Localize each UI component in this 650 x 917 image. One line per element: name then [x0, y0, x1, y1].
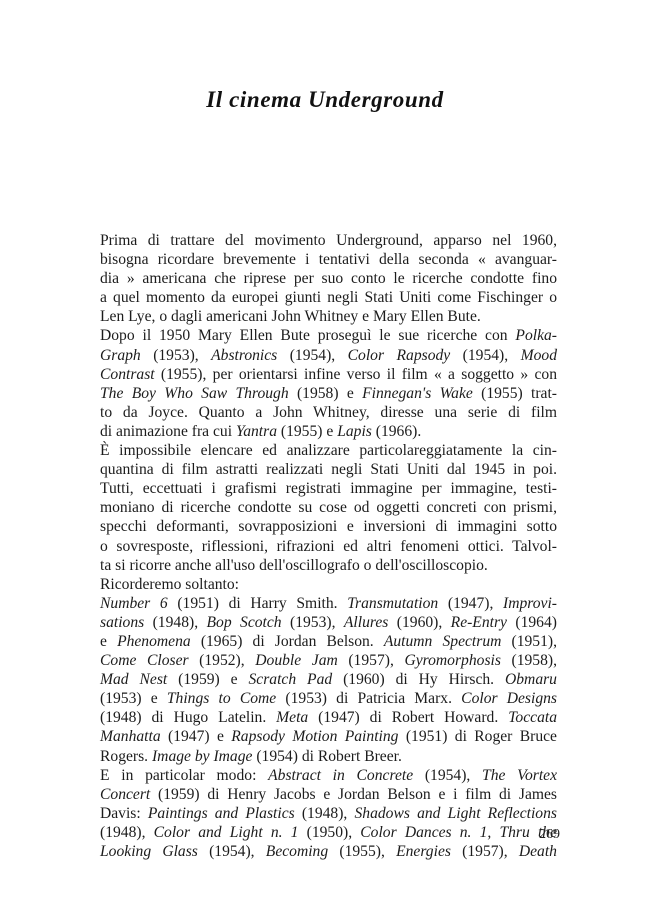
text-line: o sovresposte, riflessioni, rifrazioni e…	[100, 537, 557, 556]
film-title: Energies	[396, 843, 451, 860]
film-title: Mad Nest	[100, 671, 167, 688]
film-title: Transmutation	[347, 595, 438, 612]
text-run: (1954),	[413, 767, 482, 784]
text-line: Len Lye, o dagli americani John Whitney …	[100, 307, 557, 326]
text-run: (1953) e	[100, 690, 167, 707]
text-line: Contrast (1955), per orientarsi infine v…	[100, 365, 557, 384]
text-run: (1948),	[295, 805, 355, 822]
text-line: Concert (1959) di Henry Jacobs e Jordan …	[100, 785, 557, 804]
text-line: Mad Nest (1959) e Scratch Pad (1960) di …	[100, 670, 557, 689]
film-title: Meta	[276, 709, 308, 726]
text-line: di animazione fra cui Yantra (1955) e La…	[100, 422, 557, 441]
text-run: (1948) di Hugo Latelin.	[100, 709, 276, 726]
text-run: ta si ricorre anche all'uso dell'oscillo…	[100, 557, 488, 574]
text-run: (1960),	[388, 614, 450, 631]
text-run: (1947),	[438, 595, 503, 612]
body-text: Prima di trattare del movimento Undergro…	[100, 231, 557, 861]
film-title: Image by Image	[152, 748, 252, 765]
film-title: Contrast	[100, 366, 155, 383]
text-run: specchi deformanti, sovrapposizioni e in…	[100, 518, 557, 535]
film-title: Becoming	[266, 843, 328, 860]
text-run: (1959) di Henry Jacobs e Jordan Belson e…	[150, 786, 557, 803]
film-title: Things to Come	[167, 690, 276, 707]
text-line: Rogers. Image by Image (1954) di Robert …	[100, 747, 557, 766]
film-title: Scratch Pad	[249, 671, 333, 688]
text-run: E in particolar modo:	[100, 767, 268, 784]
film-title: Come Closer	[100, 652, 189, 669]
text-line: moniano di ricerche condotte su cose od …	[100, 498, 557, 517]
text-run: (1953),	[141, 347, 211, 364]
paragraph: E in particolar modo: Abstract in Concre…	[100, 766, 557, 861]
text-line: specchi deformanti, sovrapposizioni e in…	[100, 517, 557, 536]
text-run: Prima di trattare del movimento Undergro…	[100, 232, 557, 249]
text-line: È impossibile elencare ed analizzare par…	[100, 441, 557, 460]
film-title: Color Rapsody	[348, 347, 451, 364]
film-title: Yantra	[236, 423, 277, 440]
text-run: (1966).	[372, 423, 421, 440]
text-run: (1947) di Robert Howard.	[308, 709, 508, 726]
text-line: dia » americana che riprese per suo cont…	[100, 269, 557, 288]
text-run: (1948),	[144, 614, 206, 631]
film-title: Obmaru	[505, 671, 557, 688]
text-line: Number 6 (1951) di Harry Smith. Transmut…	[100, 594, 557, 613]
text-run: Tutti, eccettuati i grafismi registrati …	[100, 480, 557, 497]
text-run: Davis:	[100, 805, 148, 822]
text-line: (1953) e Things to Come (1953) di Patric…	[100, 689, 557, 708]
text-run: (1965) di Jordan Belson.	[191, 633, 384, 650]
text-run: (1955),	[328, 843, 396, 860]
text-run: (1953) di Patricia Marx.	[276, 690, 461, 707]
film-title: Abstract in Concrete	[268, 767, 413, 784]
text-run: (1955), per orientarsi infine verso il f…	[155, 366, 557, 383]
film-title: Polka-	[515, 327, 557, 344]
text-line: Manhatta (1947) e Rapsody Motion Paintin…	[100, 727, 557, 746]
text-run: (1948),	[100, 824, 154, 841]
film-title: Allures	[344, 614, 388, 631]
text-run: a quel momento da europei giunti negli S…	[100, 289, 557, 306]
text-run: (1952),	[189, 652, 256, 669]
film-title: Concert	[100, 786, 150, 803]
film-title: Double Jam	[255, 652, 338, 669]
film-title: Phenomena	[117, 633, 191, 650]
text-line: to da Joyce. Quanto a John Whitney, dire…	[100, 403, 557, 422]
film-title: Abstronics	[211, 347, 277, 364]
text-run: di animazione fra cui	[100, 423, 236, 440]
text-run: (1951) di Roger Bruce	[398, 728, 557, 745]
text-run: (1954),	[450, 347, 520, 364]
text-run: Len Lye, o dagli americani John Whitney …	[100, 308, 481, 325]
text-run: È impossibile elencare ed analizzare par…	[100, 442, 557, 459]
film-title: Manhatta	[100, 728, 161, 745]
film-title: Lapis	[337, 423, 372, 440]
text-run: (1955) trat-	[473, 385, 557, 402]
text-run: o sovresposte, riflessioni, rifrazioni e…	[100, 538, 557, 555]
film-title: Color and Light n. 1	[154, 824, 299, 841]
page-number: 269	[520, 827, 560, 843]
text-run: dia » americana che riprese per suo cont…	[100, 270, 557, 287]
text-line: Prima di trattare del movimento Undergro…	[100, 231, 557, 250]
text-line: e Phenomena (1965) di Jordan Belson. Aut…	[100, 632, 557, 651]
text-line: The Boy Who Saw Through (1958) e Finnega…	[100, 384, 557, 403]
film-title: Gyromorphosis	[404, 652, 500, 669]
film-title: The Boy Who Saw Through	[100, 385, 289, 402]
text-run: (1954) di Robert Breer.	[252, 748, 401, 765]
text-line: a quel momento da europei giunti negli S…	[100, 288, 557, 307]
text-run: to da Joyce. Quanto a John Whitney, dire…	[100, 404, 557, 421]
film-title: Shadows and Light Reflections	[354, 805, 557, 822]
text-run: quantina di film astratti realizzati neg…	[100, 461, 557, 478]
text-line: Graph (1953), Abstronics (1954), Color R…	[100, 346, 557, 365]
paragraph: È impossibile elencare ed analizzare par…	[100, 441, 557, 575]
page-title: Il cinema Underground	[0, 87, 650, 113]
film-title: Autumn Spectrum	[384, 633, 502, 650]
text-line: quantina di film astratti realizzati neg…	[100, 460, 557, 479]
text-run: (1951),	[501, 633, 557, 650]
text-run: (1964)	[507, 614, 557, 631]
text-line: Tutti, eccettuati i grafismi registrati …	[100, 479, 557, 498]
text-run: (1955) e	[277, 423, 337, 440]
film-title: Mood	[521, 347, 557, 364]
text-line: Ricorderemo soltanto:	[100, 575, 557, 594]
film-title: Improvi-	[503, 595, 557, 612]
text-line: ta si ricorre anche all'uso dell'oscillo…	[100, 556, 557, 575]
text-run: (1950),	[298, 824, 360, 841]
film-title: Looking Glass	[100, 843, 198, 860]
text-run: (1960) di Hy Hirsch.	[332, 671, 505, 688]
text-line: Dopo il 1950 Mary Ellen Bute proseguì le…	[100, 326, 557, 345]
text-run: (1958),	[501, 652, 557, 669]
film-title: Finnegan's Wake	[362, 385, 473, 402]
film-title: Paintings and Plastics	[148, 805, 295, 822]
paragraph: Dopo il 1950 Mary Ellen Bute proseguì le…	[100, 326, 557, 441]
text-run: moniano di ricerche condotte su cose od …	[100, 499, 557, 516]
text-run: Rogers.	[100, 748, 152, 765]
film-title: Toccata	[508, 709, 557, 726]
film-title: Rapsody Motion Painting	[231, 728, 398, 745]
text-run: Dopo il 1950 Mary Ellen Bute proseguì le…	[100, 327, 515, 344]
text-run: (1951) di Harry Smith.	[168, 595, 348, 612]
text-line: Looking Glass (1954), Becoming (1955), E…	[100, 842, 557, 861]
film-title: Number 6	[100, 595, 168, 612]
text-run: bisogna ricordare brevemente i tentativi…	[100, 251, 557, 268]
paragraph: Number 6 (1951) di Harry Smith. Transmut…	[100, 594, 557, 766]
text-run: (1958) e	[289, 385, 362, 402]
text-run: (1957),	[338, 652, 405, 669]
text-run: (1953),	[282, 614, 344, 631]
text-run: (1954),	[198, 843, 266, 860]
text-run: Ricorderemo soltanto:	[100, 576, 239, 593]
text-line: Davis: Paintings and Plastics (1948), Sh…	[100, 804, 557, 823]
text-run: (1957),	[451, 843, 519, 860]
film-title: The Vortex	[482, 767, 557, 784]
text-run: (1959) e	[167, 671, 248, 688]
paragraph: Prima di trattare del movimento Undergro…	[100, 231, 557, 326]
text-line: Come Closer (1952), Double Jam (1957), G…	[100, 651, 557, 670]
text-line: sations (1948), Bop Scotch (1953), Allur…	[100, 613, 557, 632]
text-run: (1954),	[277, 347, 347, 364]
film-title: Re-Entry	[451, 614, 507, 631]
text-run: (1947) e	[161, 728, 232, 745]
film-title: Bop Scotch	[207, 614, 282, 631]
film-title: sations	[100, 614, 144, 631]
film-title: Color Designs	[461, 690, 557, 707]
film-title: Graph	[100, 347, 141, 364]
text-line: bisogna ricordare brevemente i tentativi…	[100, 250, 557, 269]
paragraph: Ricorderemo soltanto:	[100, 575, 557, 594]
text-line: (1948), Color and Light n. 1 (1950), Col…	[100, 823, 557, 842]
film-title: Death	[519, 843, 557, 860]
text-run: e	[100, 633, 117, 650]
text-line: (1948) di Hugo Latelin. Meta (1947) di R…	[100, 708, 557, 727]
text-line: E in particolar modo: Abstract in Concre…	[100, 766, 557, 785]
